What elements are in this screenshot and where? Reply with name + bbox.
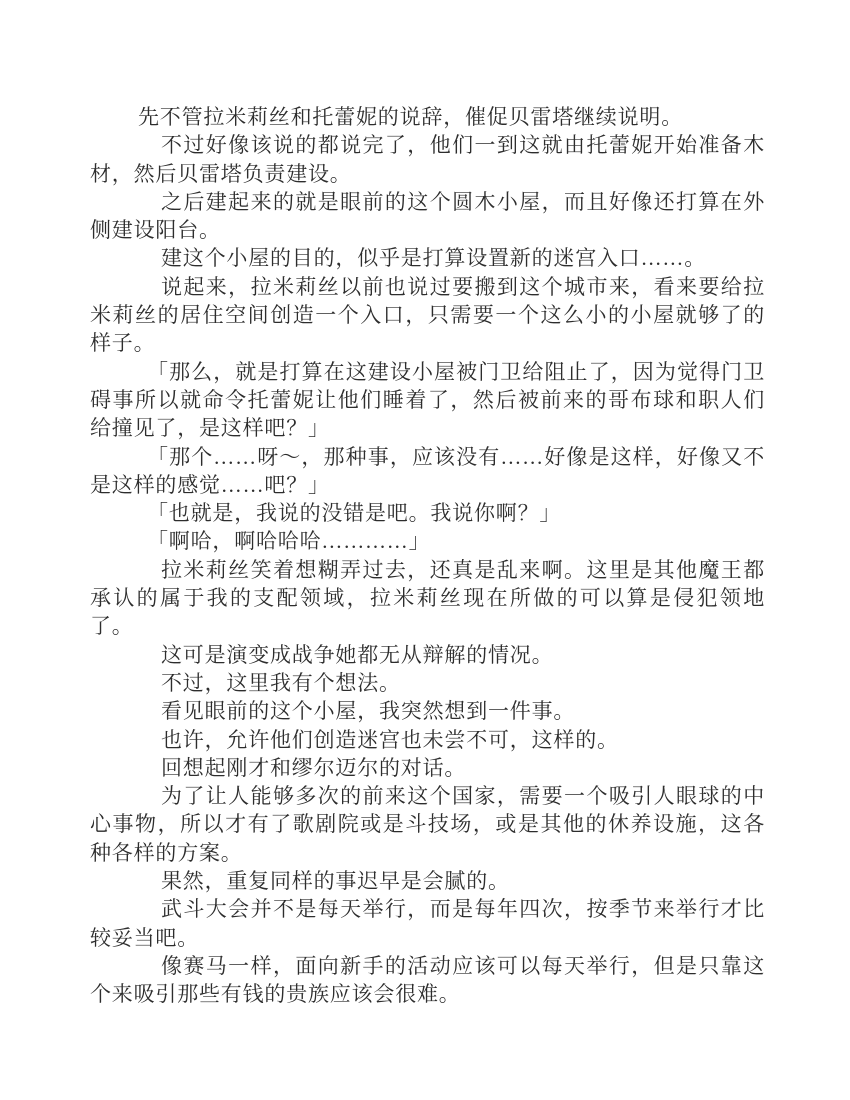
paragraph-dialogue: 「啊哈，啊哈哈哈…………」 bbox=[90, 527, 765, 555]
paragraph: 看见眼前的这个小屋，我突然想到一件事。 bbox=[90, 697, 765, 725]
paragraph-dialogue: 「那个……呀～，那种事，应该没有……好像是这样，好像又不是这样的感觉……吧？」 bbox=[90, 443, 765, 500]
paragraph: 回想起刚才和缪尔迈尔的对话。 bbox=[90, 754, 765, 782]
paragraph-dialogue: 「那么，就是打算在这建设小屋被门卫给阻止了，因为觉得门卫碍事所以就命令托蕾妮让他… bbox=[90, 358, 765, 443]
paragraph: 不过好像该说的都说完了，他们一到这就由托蕾妮开始准备木材，然后贝雷塔负责建设。 bbox=[90, 131, 765, 188]
paragraph: 之后建起来的就是眼前的这个圆木小屋，而且好像还打算在外侧建设阳台。 bbox=[90, 188, 765, 245]
page-text: 先不管拉米莉丝和托蕾妮的说辞，催促贝雷塔继续说明。 不过好像该说的都说完了，他们… bbox=[90, 103, 765, 1009]
paragraph: 说起来，拉米莉丝以前也说过要搬到这个城市来，看来要给拉米莉丝的居住空间创造一个入… bbox=[90, 273, 765, 358]
paragraph: 拉米莉丝笑着想糊弄过去，还真是乱来啊。这里是其他魔王都承认的属于我的支配领域，拉… bbox=[90, 556, 765, 641]
paragraph: 先不管拉米莉丝和托蕾妮的说辞，催促贝雷塔继续说明。 bbox=[90, 103, 765, 131]
paragraph: 建这个小屋的目的，似乎是打算设置新的迷宫入口……。 bbox=[90, 244, 765, 272]
paragraph: 也许，允许他们创造迷宫也未尝不可，这样的。 bbox=[90, 726, 765, 754]
paragraph: 为了让人能够多次的前来这个国家，需要一个吸引人眼球的中心事物，所以才有了歌剧院或… bbox=[90, 782, 765, 867]
paragraph: 果然，重复同样的事迟早是会腻的。 bbox=[90, 867, 765, 895]
paragraph-dialogue: 「也就是，我说的没错是吧。我说你啊？」 bbox=[90, 499, 765, 527]
reader-page: 先不管拉米莉丝和托蕾妮的说辞，催促贝雷塔继续说明。 不过好像该说的都说完了，他们… bbox=[0, 0, 850, 1100]
paragraph: 像赛马一样，面向新手的活动应该可以每天举行，但是只靠这个来吸引那些有钱的贵族应该… bbox=[90, 952, 765, 1009]
paragraph: 这可是演变成战争她都无从辩解的情况。 bbox=[90, 641, 765, 669]
paragraph: 不过，这里我有个想法。 bbox=[90, 669, 765, 697]
paragraph: 武斗大会并不是每天举行，而是每年四次，按季节来举行才比较妥当吧。 bbox=[90, 895, 765, 952]
